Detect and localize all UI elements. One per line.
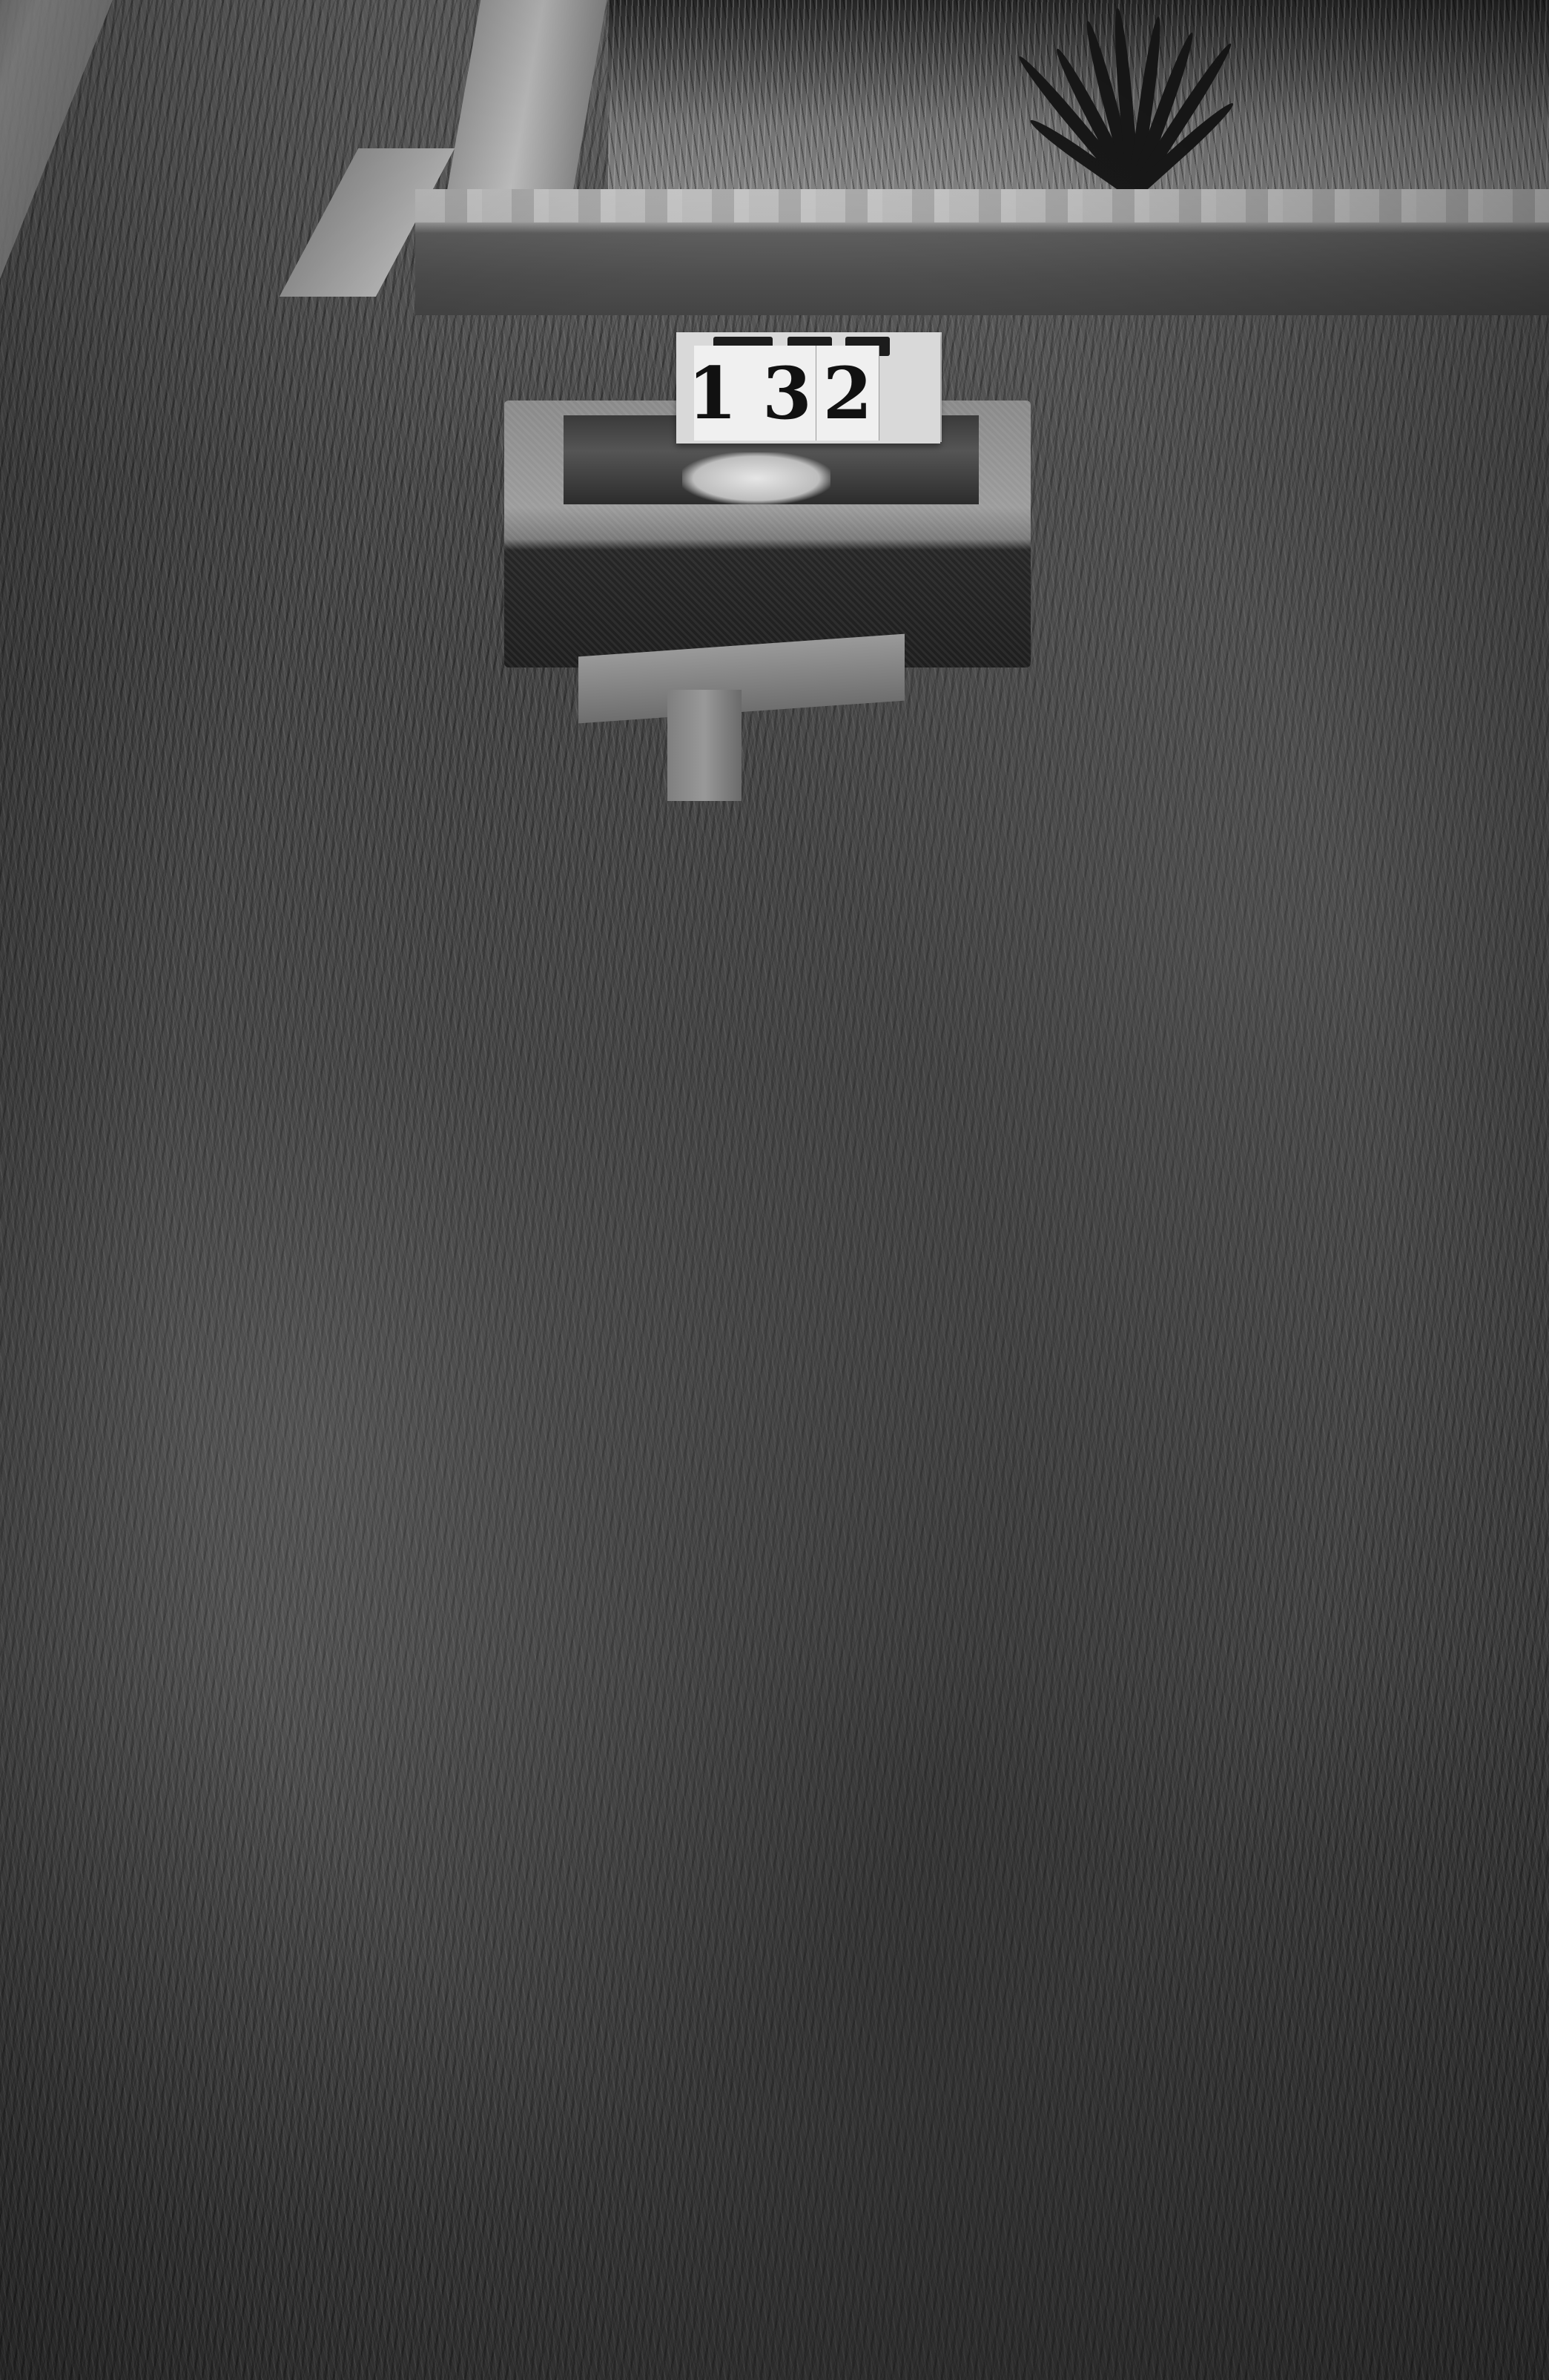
number-tile: 2 [816, 346, 879, 441]
grave-curb-corner [444, 0, 608, 208]
number-tile: 13 [694, 346, 816, 441]
fallen-stone-stem [667, 690, 742, 801]
left-grave-curb [0, 0, 119, 297]
plot-number-sign: 13 2 [676, 332, 940, 444]
kerb-top [415, 189, 1549, 222]
grave-photograph: 13 2 [0, 0, 1549, 2380]
rubble [682, 452, 830, 504]
flax-plant [979, 0, 1305, 193]
